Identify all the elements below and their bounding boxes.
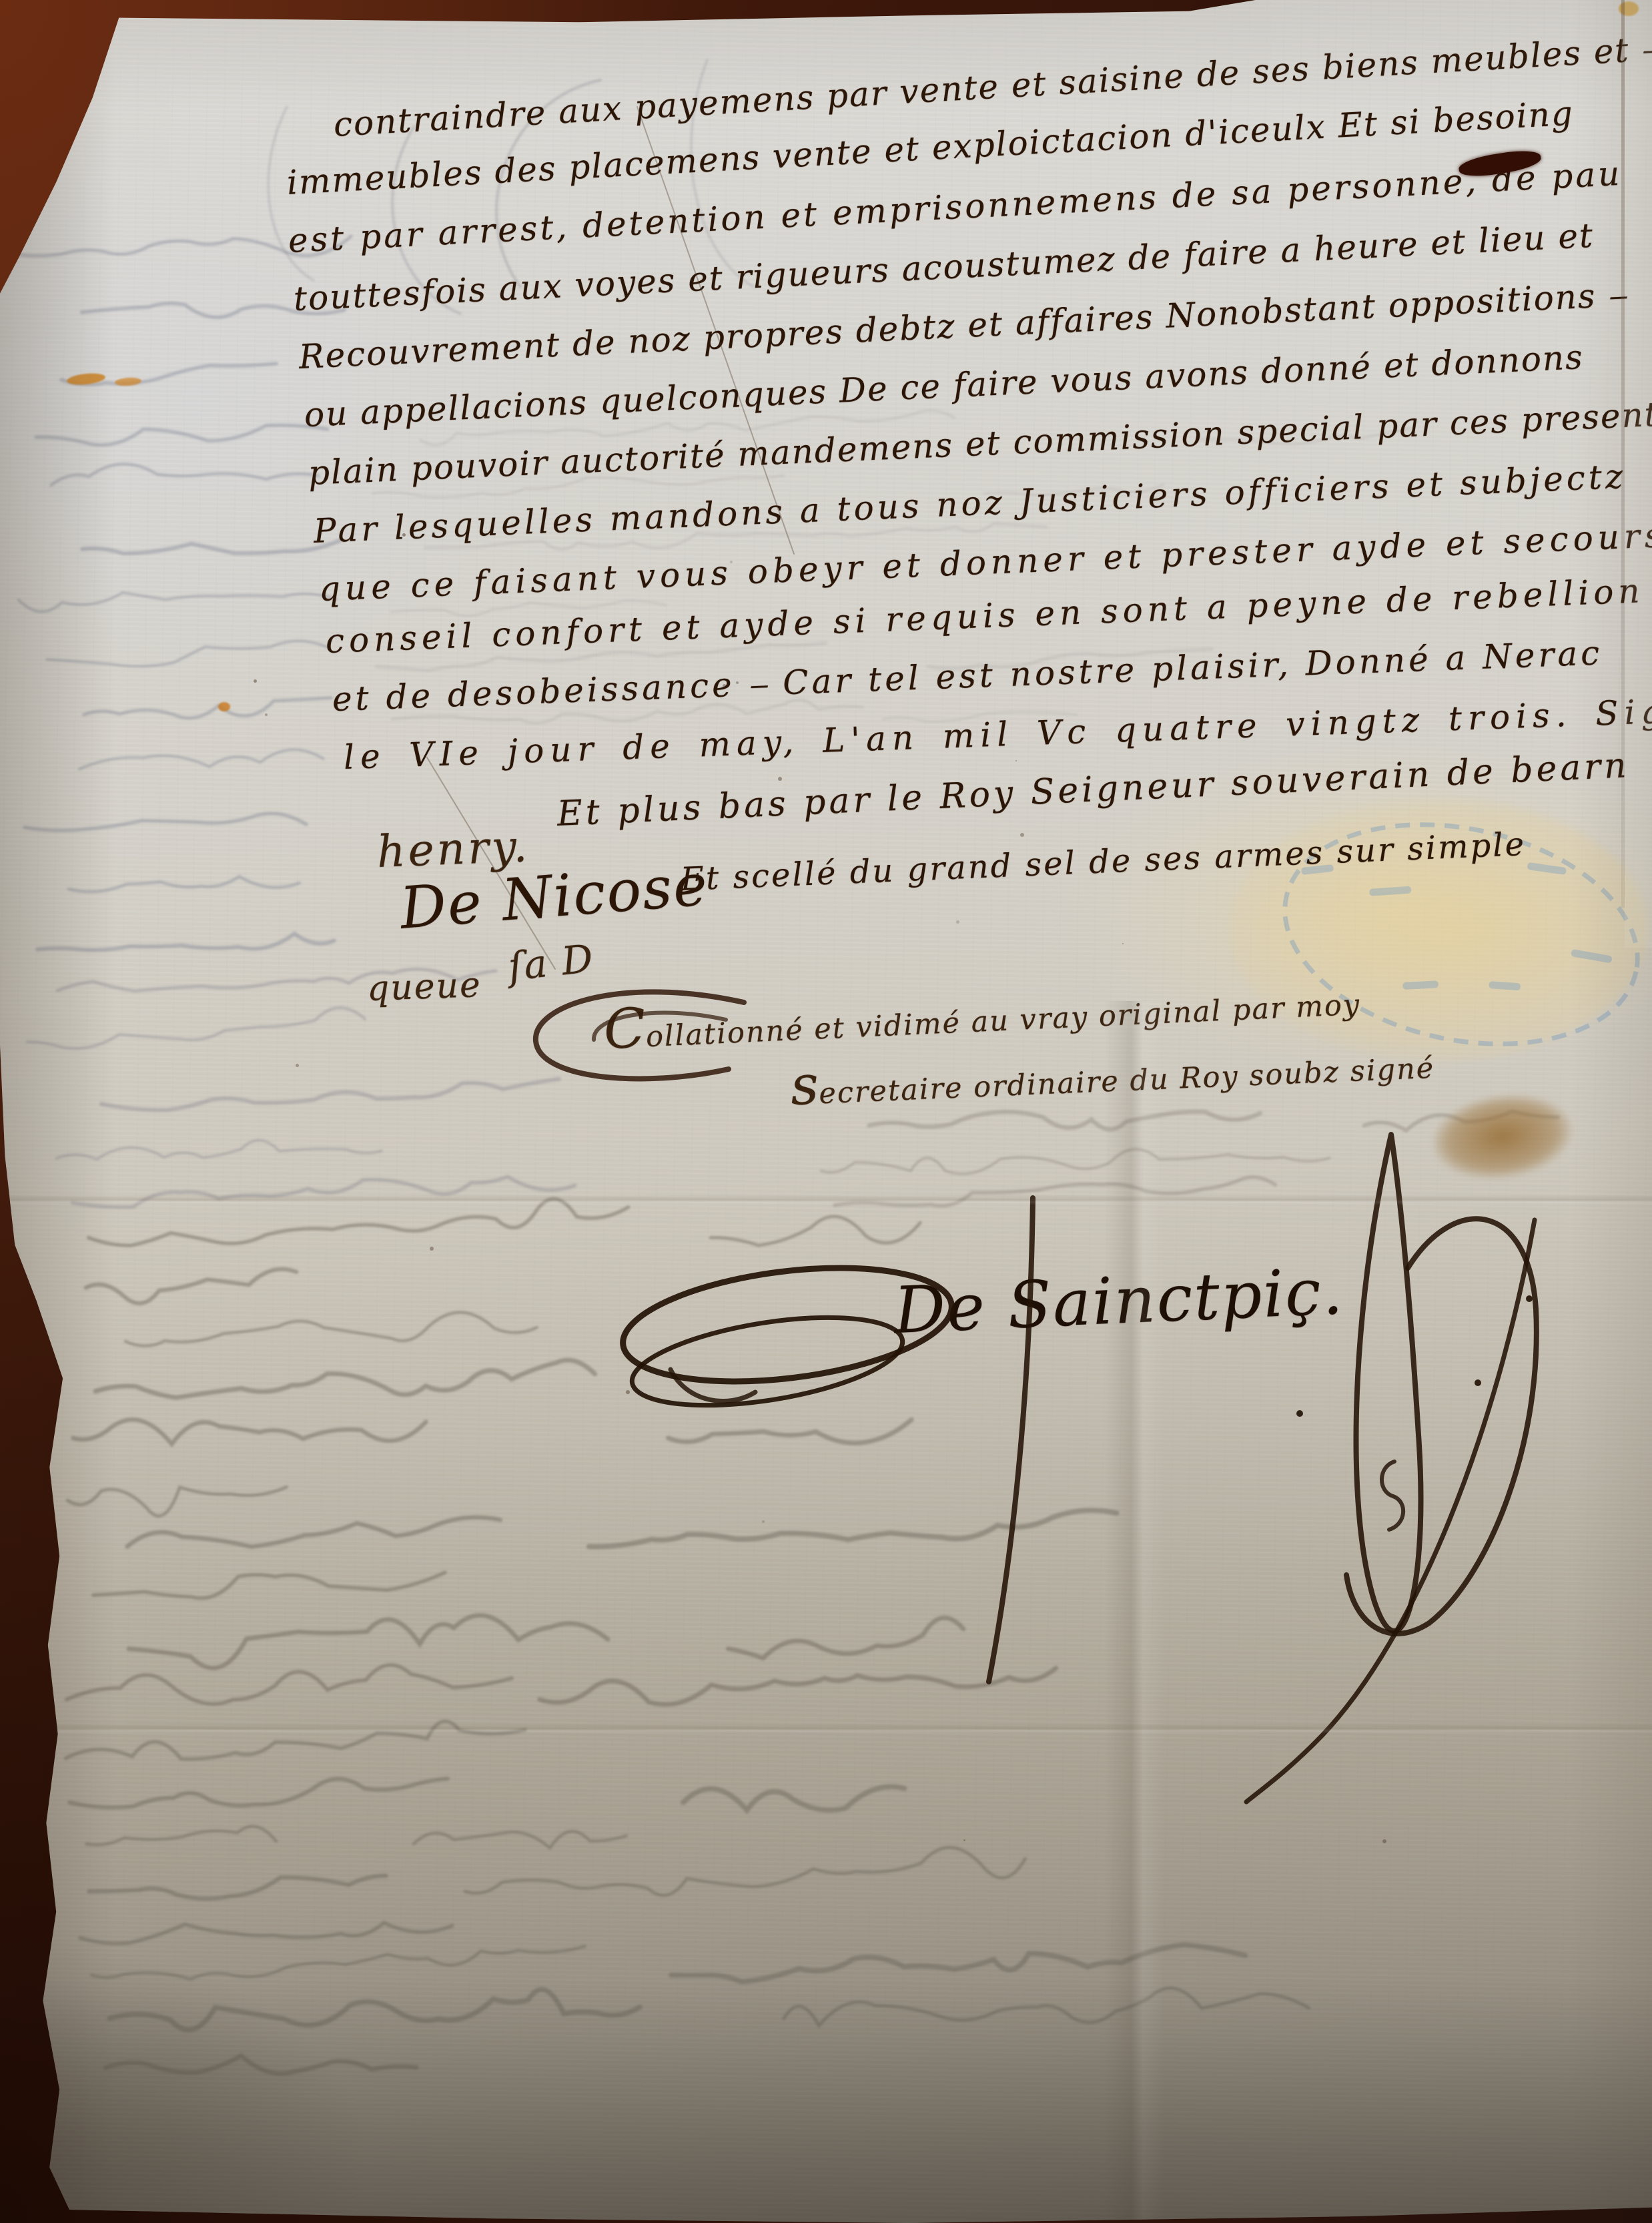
paper-speckle — [963, 1839, 965, 1841]
manuscript-page: contraindre aux payemens par vente et sa… — [0, 0, 1652, 2223]
paper-speckle — [1015, 760, 1017, 761]
paper-speckle — [265, 713, 268, 716]
brown-stain — [1428, 1086, 1577, 1187]
horizontal-fold-crease — [0, 1723, 1652, 1734]
rust-fleck — [115, 377, 142, 387]
paper-speckle — [254, 679, 257, 683]
paper-speckle — [296, 1064, 299, 1067]
right-edge-margin — [1625, 0, 1652, 948]
paper-speckle — [956, 920, 959, 924]
paper-speckle — [1122, 943, 1124, 944]
horizontal-fold-crease — [0, 1195, 1652, 1205]
rust-fleck — [66, 372, 105, 386]
photograph-backing: contraindre aux payemens par vente et sa… — [0, 0, 1652, 2223]
paper-speckle — [1020, 833, 1024, 837]
paper-speckle — [430, 1247, 434, 1251]
seal-tail-mark: ſa D — [506, 936, 596, 990]
countersignature-de-sainctpic: De Sainctpiç. — [893, 1254, 1346, 1348]
paper-speckle — [778, 777, 782, 781]
paper-speckle — [1382, 1839, 1386, 1843]
vertical-fold-crease — [1104, 1001, 1164, 2223]
seal-line-tail: queue — [366, 965, 482, 1009]
paper-speckle — [762, 1520, 765, 1523]
paper-speckle — [626, 1390, 630, 1394]
rust-fleck — [1619, 1, 1639, 16]
rust-fleck — [218, 702, 230, 711]
